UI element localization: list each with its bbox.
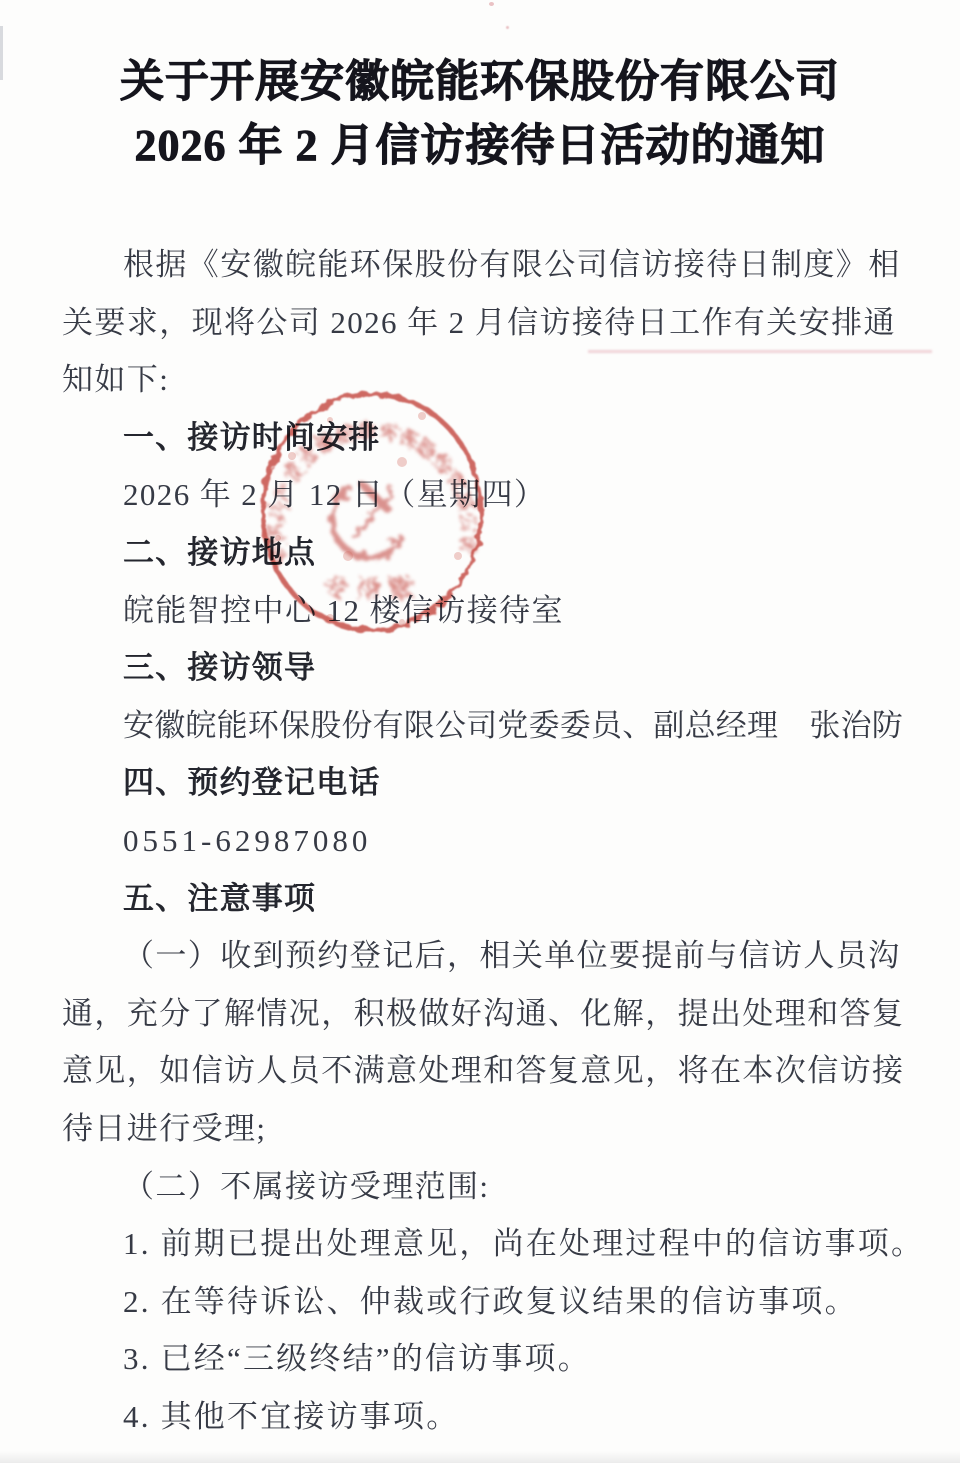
note-1-line-1: （一）收到预约登记后，相关单位要提前与信访人员沟 bbox=[62, 927, 900, 985]
section-3-value: 安徽皖能环保股份有限公司党委委员、副总经理 张治防 bbox=[62, 697, 900, 755]
phone-number: 0551-62987080 bbox=[62, 812, 900, 870]
scan-speck bbox=[506, 26, 509, 29]
section-2-value: 皖能智控中心 12 楼信访接待室 bbox=[62, 582, 900, 640]
section-4-heading: 四、预约登记电话 bbox=[62, 754, 900, 812]
section-3-heading: 三、接访领导 bbox=[62, 639, 900, 697]
title-line-1: 关于开展安徽皖能环保股份有限公司 bbox=[0, 50, 960, 114]
note-1-line-3: 意见，如信访人员不满意处理和答复意见，将在本次信访接 bbox=[62, 1042, 900, 1100]
intro-line-1: 根据《安徽皖能环保股份有限公司信访接待日制度》相 bbox=[62, 236, 900, 294]
section-1-heading: 一、接访时间安排 bbox=[62, 409, 900, 467]
section-2-heading: 二、接访地点 bbox=[62, 524, 900, 582]
section-1-value: 2026 年 2 月 12 日（星期四） bbox=[62, 466, 900, 524]
section-5-heading: 五、注意事项 bbox=[62, 870, 900, 928]
scan-speck bbox=[489, 2, 494, 6]
note-1-line-2: 通，充分了解情况，积极做好沟通、化解，提出处理和答复 bbox=[62, 985, 900, 1043]
excluded-item-2: 2. 在等待诉讼、仲裁或行政复议结果的信访事项。 bbox=[62, 1273, 900, 1331]
document-title: 关于开展安徽皖能环保股份有限公司 2026 年 2 月信访接待日活动的通知 bbox=[0, 50, 960, 178]
document-body: 根据《安徽皖能环保股份有限公司信访接待日制度》相 关要求，现将公司 2026 年… bbox=[62, 236, 900, 1445]
excluded-item-3: 3. 已经“三级终结”的信访事项。 bbox=[62, 1330, 900, 1388]
intro-line-2: 关要求，现将公司 2026 年 2 月信访接待日工作有关安排通 bbox=[62, 294, 900, 352]
note-1-line-4: 待日进行受理; bbox=[62, 1100, 900, 1158]
title-line-2: 2026 年 2 月信访接待日活动的通知 bbox=[0, 114, 960, 178]
excluded-item-1: 1. 前期已提出处理意见，尚在处理过程中的信访事项。 bbox=[62, 1215, 900, 1273]
intro-line-3: 知如下: bbox=[62, 351, 900, 409]
note-2: （二）不属接访受理范围: bbox=[62, 1158, 900, 1216]
excluded-item-4: 4. 其他不宜接访事项。 bbox=[62, 1388, 900, 1446]
document-page: 关于开展安徽皖能环保股份有限公司 2026 年 2 月信访接待日活动的通知 根据… bbox=[0, 0, 960, 1463]
